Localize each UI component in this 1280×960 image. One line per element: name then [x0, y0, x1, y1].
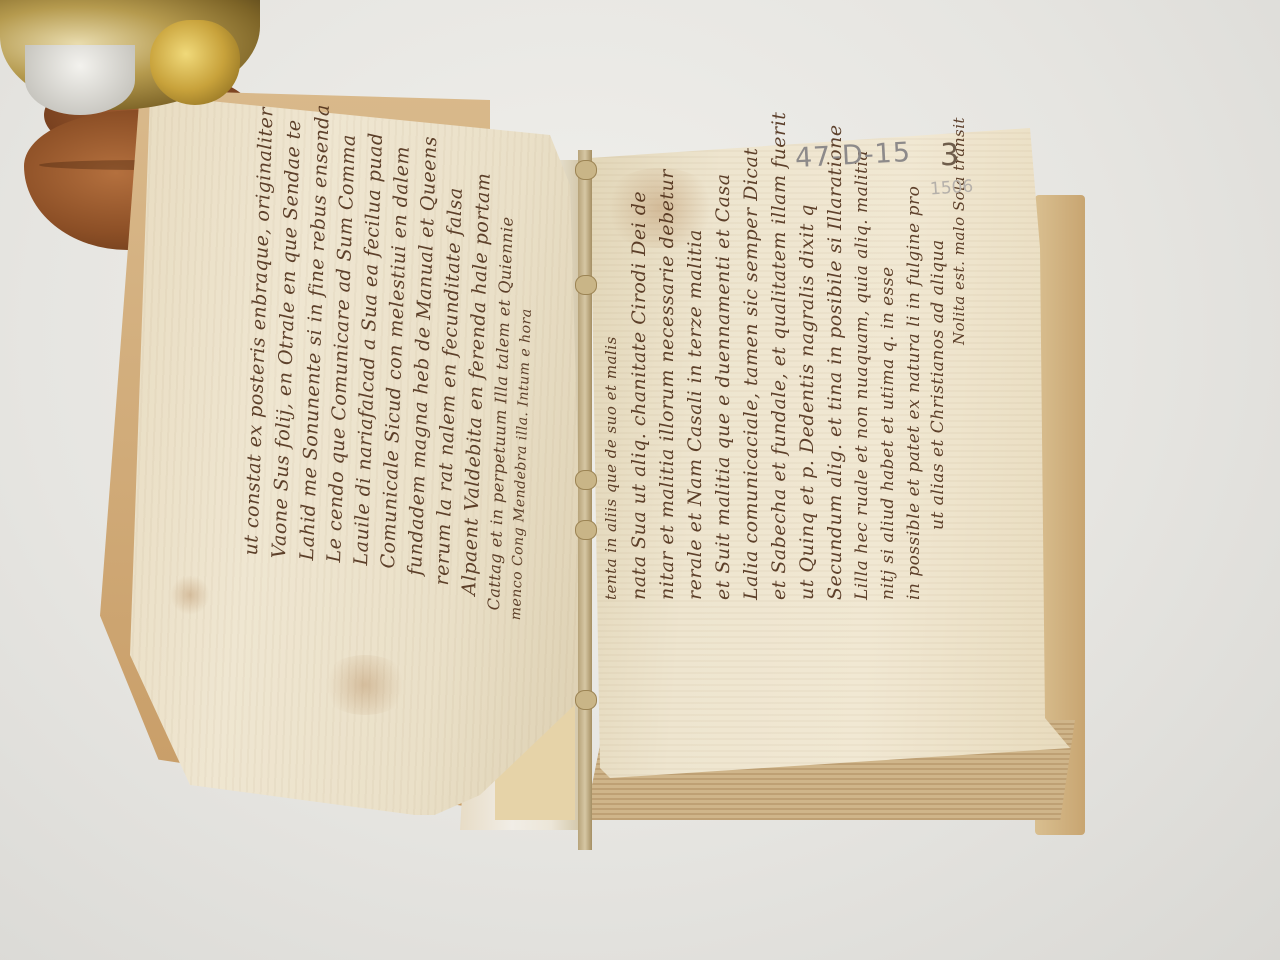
foxing-stain — [320, 655, 410, 715]
binding-thread — [575, 275, 597, 295]
binding-thread — [575, 160, 597, 180]
manuscript-line: Lalia comunicaciale, tamen sic semper Di… — [740, 148, 762, 601]
manuscript-line: Lilla hec ruale et non nuaquam, quia ali… — [852, 150, 872, 600]
manuscript-line: rerale et Nam Casali in terze malitia — [684, 229, 706, 600]
manuscript-line: ut alias et Christianos ad aliqua — [928, 239, 948, 530]
manuscript-line: et Suit malitia que e duennamenti et Cas… — [712, 173, 734, 600]
silvered-drapery — [25, 45, 135, 115]
manuscript-line: in possible et patet ex natura li in ful… — [904, 186, 924, 600]
manuscript-line: et Sabecha et fundale, et qualitatem ill… — [768, 112, 790, 600]
spine-fold — [578, 150, 592, 850]
manuscript-line: nitj si aliud habet et utima q. in esse — [878, 266, 898, 600]
foxing-stain — [170, 575, 210, 615]
gilded-hand — [150, 20, 240, 105]
volume-number-annotation: 3 — [940, 138, 959, 173]
manuscript-line: Secundum alig. et tina in posibile si Il… — [824, 124, 846, 600]
manuscript-line: ut Quinq et p. Dedentis nagralis dixit q — [796, 204, 818, 600]
binding-thread — [575, 470, 597, 490]
gilded-figure — [0, 0, 260, 110]
manuscript-line: nata Sua ut aliq. chanitate Cirodi Dei d… — [628, 191, 650, 600]
binding-thread — [575, 520, 597, 540]
manuscript-line: nitar et malitia illorum necessarie debe… — [656, 169, 678, 600]
manuscript-line: tenta in aliis que de suo et malis — [602, 336, 620, 600]
year-annotation: 1506 — [929, 177, 974, 200]
shelfmark-annotation: 47-D-15 — [794, 137, 911, 174]
binding-thread — [575, 690, 597, 710]
